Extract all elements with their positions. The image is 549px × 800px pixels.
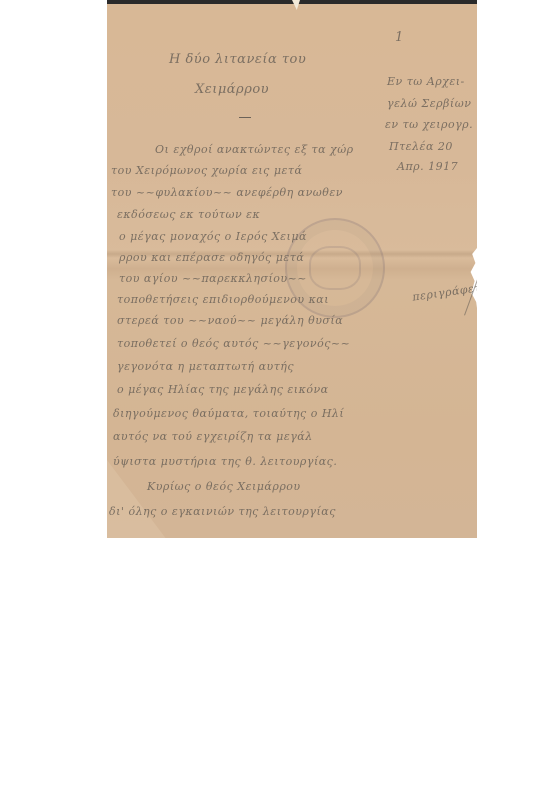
- seal-emblem: [309, 246, 361, 290]
- title-line-1: Η δύο λιτανεία του: [169, 52, 306, 67]
- body-line: ο μέγας μοναχός ο Ιερός Χειμά: [119, 230, 307, 243]
- body-line: ρρου και επέρασε οδηγός μετά: [119, 251, 304, 264]
- body-line: Κυρίως ο θεός Χειμάρρου: [147, 480, 301, 493]
- side-note-line: Εν τω Αρχει-: [387, 75, 465, 88]
- manuscript-page: 1 Η δύο λιτανεία του Χειμάρρου Εν τω Αρχ…: [107, 0, 477, 538]
- body-line: Οι εχθροί ανακτώντες εξ τα χώρ: [155, 143, 354, 156]
- body-line: του αγίου ~~παρεκκλησίου~~: [119, 272, 307, 285]
- body-line: δι' όλης ο εγκαινιών της λειτουργίας: [109, 505, 336, 518]
- body-line: γεγονότα η μεταπτωτή αυτής: [117, 360, 294, 373]
- body-line: στερεά του ~~ναού~~ μεγάλη θυσία: [117, 314, 343, 327]
- page-number: 1: [395, 30, 404, 45]
- body-line: του ~~φυλακίου~~ ανεφέρθη ανωθεν: [111, 186, 343, 199]
- title-line-2: Χειμάρρου: [195, 82, 269, 97]
- folded-corner: [107, 460, 167, 538]
- body-line: εκδόσεως εκ τούτων εκ: [117, 208, 260, 221]
- body-line: αυτός να τού εγχειρίζη τα μεγάλ: [113, 430, 313, 443]
- body-line: τοποθετεί ο θεός αυτός ~~γεγονός~~: [117, 337, 350, 350]
- paper-tear: [292, 0, 300, 10]
- body-line: του Χειρόμωνος χωρία εις μετά: [111, 164, 302, 177]
- side-note-line: εν τω χειρογρ.: [385, 118, 473, 131]
- scan-edge-strip: [107, 0, 477, 4]
- title-separator: [239, 117, 251, 118]
- body-line: διηγούμενος θαύματα, τοιαύτης ο Ηλί: [113, 407, 344, 420]
- side-note-line: Απρ. 1917: [397, 160, 458, 173]
- body-line: τοποθετήσεις επιδιορθούμενου και: [117, 293, 329, 306]
- side-note-line: Πτελέα 20: [389, 140, 453, 153]
- body-line: ο μέγας Ηλίας της μεγάλης εικόνα: [117, 383, 329, 396]
- body-line: ύψιστα μυστήρια της θ. λειτουργίας.: [113, 455, 337, 468]
- side-note-line: γελώ Σερβίων: [387, 97, 471, 110]
